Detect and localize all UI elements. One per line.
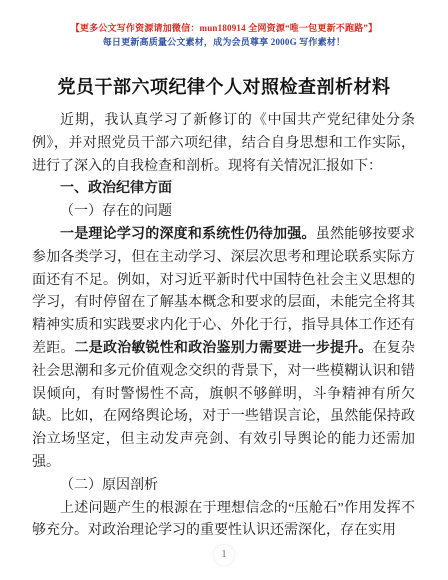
paragraph-intro: 近期，我认真学习了新修订的《中国共产党纪律处分条例》，并对照党员干部六项纪律，结… <box>32 110 415 178</box>
document-body: 近期，我认真学习了新修订的《中国共产党纪律处分条例》，并对照党员干部六项纪律，结… <box>32 110 415 543</box>
problem-2-detail: 在复杂社会思潮和多元价值观念交织的背景下，对一些模糊认识和错误倾向，有时警惕性不… <box>32 341 415 470</box>
paragraph-problems: 一是理论学习的深度和系统性仍待加强。虽然能够按要求参加各类学习，但在主动学习、深… <box>32 224 415 475</box>
promo-banner: 【更多公文写作资源请加微信：mun180914 全网资源“唯一包更新不跑路”】 … <box>0 0 448 49</box>
subsection-heading-cause-analysis: （二）原因剖析 <box>32 475 415 498</box>
document-title: 党员干部六项纪律个人对照检查剖析材料 <box>30 75 418 99</box>
promo-line-2: 每日更新高质量公文素材，成为会员尊享 2000G 写作素材！ <box>0 36 448 50</box>
problem-1-detail: 虽然能够按要求参加各类学习，但在主动学习、深层次思考和理论联系实际方面还有不足。… <box>32 227 415 356</box>
subsection-heading-existing-problems: （一）存在的问题 <box>32 201 415 224</box>
section-heading-political-discipline: 一、政治纪律方面 <box>32 178 415 201</box>
problem-2-lead: 二是政治敏锐性和政治鉴别力需要进一步提升。 <box>75 341 373 356</box>
page-number-value: 1 <box>213 544 235 566</box>
paragraph-causes: 上述问题产生的根源在于理想信念的“压舱石”作用发挥不够充分。对政治理论学习的重要… <box>32 498 415 544</box>
promo-line-1: 【更多公文写作资源请加微信：mun180914 全网资源“唯一包更新不跑路”】 <box>0 22 448 36</box>
problem-1-lead: 一是理论学习的深度和系统性仍待加强。 <box>60 227 316 242</box>
document-page: 【更多公文写作资源请加微信：mun180914 全网资源“唯一包更新不跑路”】 … <box>0 0 448 580</box>
page-number: 1 <box>0 544 448 566</box>
